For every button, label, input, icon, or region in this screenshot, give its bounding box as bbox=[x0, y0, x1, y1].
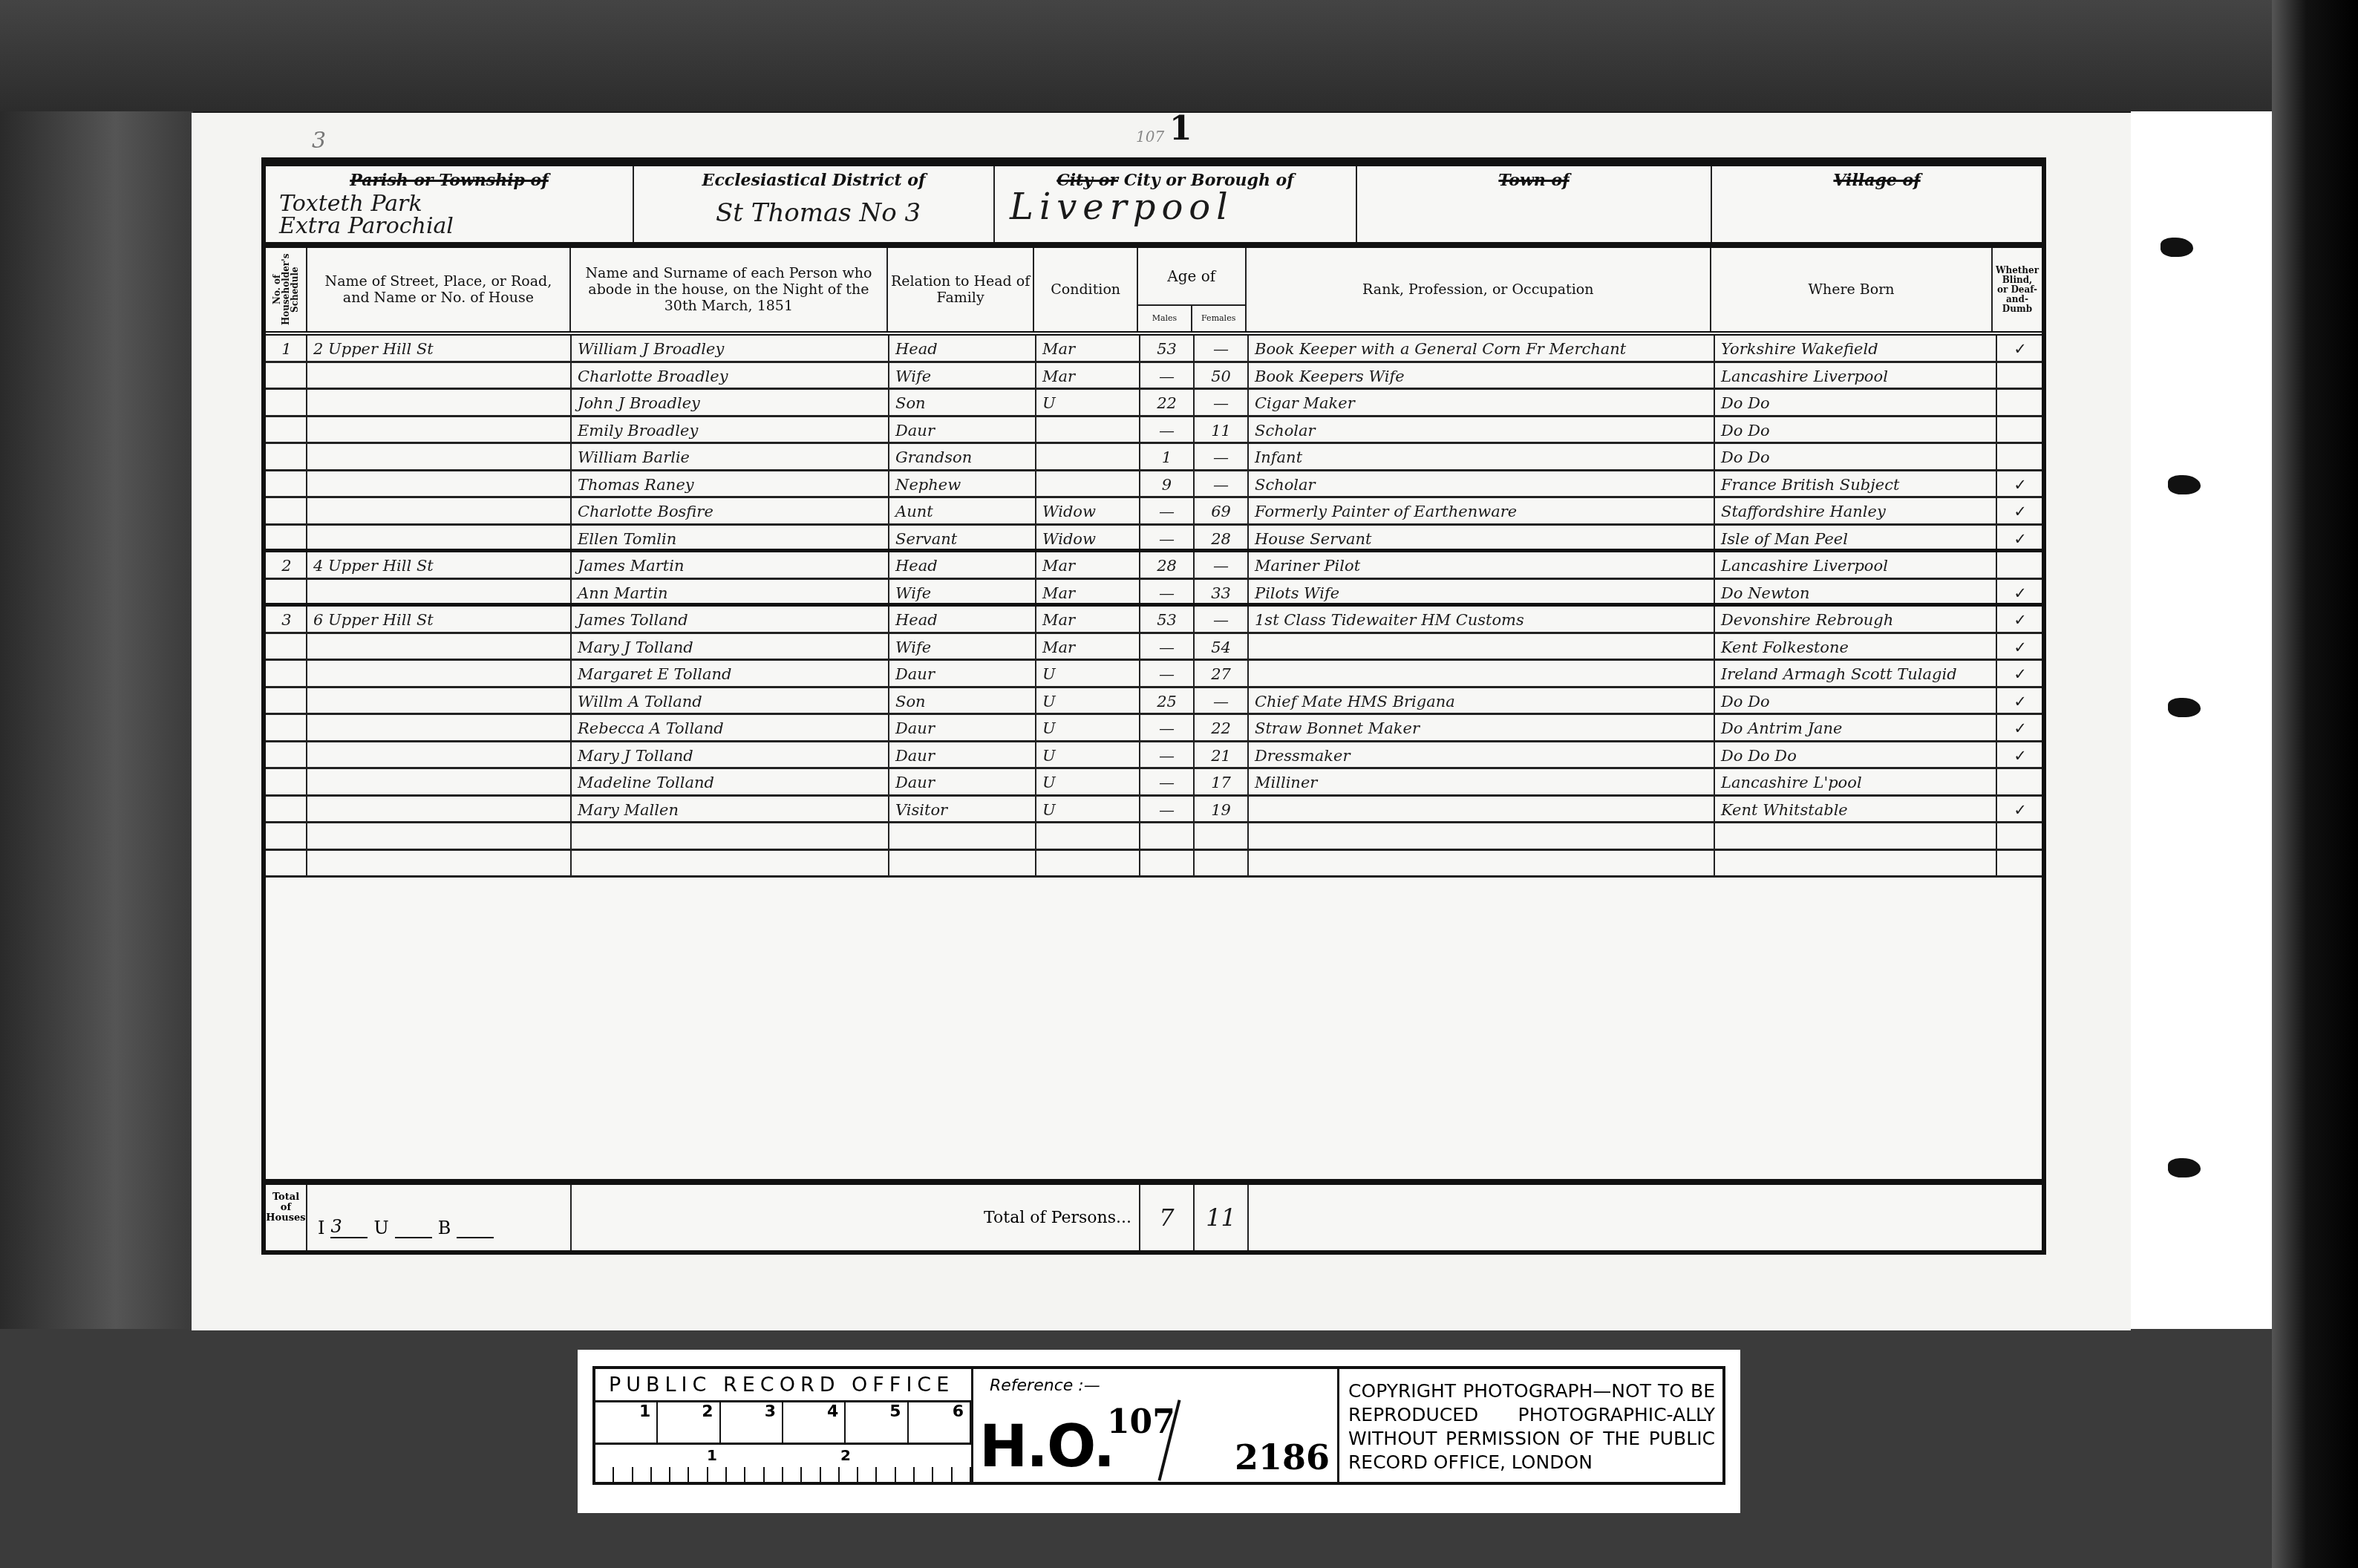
birthplace-cell: Lancashire Liverpool bbox=[1715, 552, 1997, 578]
male-age-cell: — bbox=[1140, 417, 1195, 442]
condition-cell bbox=[1036, 444, 1140, 469]
relation-cell: Nephew bbox=[889, 471, 1036, 497]
parish-field: Parish or Township of Toxteth Park Extra… bbox=[266, 166, 634, 242]
birthplace-cell: Do Antrim Jane bbox=[1715, 715, 1997, 740]
condition-cell: Mar bbox=[1036, 634, 1140, 659]
schedule-cell bbox=[266, 715, 307, 740]
location-header: Parish or Township of Toxteth Park Extra… bbox=[266, 166, 2042, 248]
census-row: Mary MallenVisitorU—19Kent Whitstable✓ bbox=[266, 797, 2042, 824]
totals-row: Total of Houses I 3 U B Total of Persons… bbox=[266, 1179, 2042, 1250]
blind-deaf-cell bbox=[1997, 363, 2042, 388]
blind-deaf-cell bbox=[1997, 769, 2042, 794]
uninhabited-prefix: U bbox=[373, 1218, 388, 1238]
census-row: Thomas RaneyNephew9—ScholarFrance Britis… bbox=[266, 471, 2042, 499]
schedule-cell bbox=[266, 444, 307, 469]
ruler-tick bbox=[689, 1467, 708, 1482]
census-row: Emily BroadleyDaur—11ScholarDo Do bbox=[266, 417, 2042, 445]
female-age-cell: 19 bbox=[1195, 797, 1249, 822]
ruler-tick bbox=[745, 1467, 764, 1482]
male-age-cell: — bbox=[1140, 715, 1195, 740]
census-row: Willm A TollandSonU25—Chief Mate HMS Bri… bbox=[266, 688, 2042, 716]
ruler-tick bbox=[915, 1467, 933, 1482]
corner-mark: 3 bbox=[312, 128, 326, 154]
occupation-cell bbox=[1249, 823, 1715, 849]
schedule-cell bbox=[266, 797, 307, 822]
census-row: 24 Upper Hill StJames MartinHeadMar28—Ma… bbox=[266, 552, 2042, 580]
ruler-tick bbox=[821, 1467, 840, 1482]
condition-cell: Widow bbox=[1036, 498, 1140, 523]
birthplace-cell: Lancashire Liverpool bbox=[1715, 363, 1997, 388]
ruler-tick bbox=[633, 1467, 652, 1482]
name-cell: William Barlie bbox=[572, 444, 889, 469]
name-cell: Emily Broadley bbox=[572, 417, 889, 442]
binding-strip bbox=[2131, 111, 2272, 1329]
female-age-cell: 33 bbox=[1195, 580, 1249, 604]
schedule-cell bbox=[266, 769, 307, 794]
census-row: Mary J TollandDaurU—21DressmakerDo Do Do… bbox=[266, 742, 2042, 770]
name-cell: Ellen Tomlin bbox=[572, 526, 889, 549]
street-cell bbox=[307, 797, 572, 822]
name-cell: James Martin bbox=[572, 552, 889, 578]
relation-cell: Daur bbox=[889, 742, 1036, 768]
relation-cell bbox=[889, 851, 1036, 876]
houses-total-label: Total of Houses bbox=[266, 1185, 307, 1250]
col-schedule: No. of Householder's Schedule bbox=[266, 248, 307, 331]
street-cell bbox=[307, 444, 572, 469]
census-rows: 12 Upper Hill StWilliam J BroadleyHeadMa… bbox=[266, 336, 2042, 878]
relation-cell: Wife bbox=[889, 580, 1036, 604]
reference-box: Reference :— H.O. 107 2186 bbox=[973, 1369, 1339, 1482]
birthplace-cell: Isle of Man Peel bbox=[1715, 526, 1997, 549]
occupation-cell bbox=[1249, 661, 1715, 686]
male-age-cell: 22 bbox=[1140, 390, 1195, 415]
parish-label: Parish or Township of bbox=[266, 171, 633, 190]
schedule-cell bbox=[266, 390, 307, 415]
record-office-ruler: PUBLIC RECORD OFFICE 123456 1 2 bbox=[595, 1369, 973, 1482]
male-age-cell: — bbox=[1140, 634, 1195, 659]
male-age-cell: 53 bbox=[1140, 607, 1195, 632]
ruler-tick bbox=[953, 1467, 971, 1482]
occupation-cell: Milliner bbox=[1249, 769, 1715, 794]
ruler-tick bbox=[896, 1467, 915, 1482]
col-condition: Condition bbox=[1034, 248, 1138, 331]
female-age-cell: — bbox=[1195, 552, 1249, 578]
occupation-cell: Formerly Painter of Earthenware bbox=[1249, 498, 1715, 523]
village-label: Village of bbox=[1712, 171, 2042, 190]
occupation-cell: Scholar bbox=[1249, 417, 1715, 442]
condition-cell: Mar bbox=[1036, 336, 1140, 361]
condition-cell: Mar bbox=[1036, 607, 1140, 632]
birthplace-cell: Do Do bbox=[1715, 390, 1997, 415]
ruler-inch-mark: 6 bbox=[909, 1402, 971, 1443]
street-cell bbox=[307, 688, 572, 713]
occupation-cell bbox=[1249, 797, 1715, 822]
col-age: Age of Males Females bbox=[1138, 248, 1247, 331]
punch-hole-icon bbox=[2168, 698, 2201, 717]
reference-class-number: 107 bbox=[1107, 1403, 1175, 1441]
schedule-cell bbox=[266, 688, 307, 713]
blind-deaf-cell: ✓ bbox=[1997, 580, 2042, 604]
female-age-cell bbox=[1195, 823, 1249, 849]
male-age-cell bbox=[1140, 851, 1195, 876]
parish-value: Toxteth Park Extra Parochial bbox=[279, 193, 625, 238]
ruler-tick bbox=[783, 1467, 802, 1482]
ruler-tick bbox=[708, 1467, 727, 1482]
town-label: Town of bbox=[1357, 171, 1711, 190]
ecclesiastical-value: St Thomas No 3 bbox=[716, 202, 986, 224]
census-row bbox=[266, 823, 2042, 851]
name-cell: Thomas Raney bbox=[572, 471, 889, 497]
record-office-title: PUBLIC RECORD OFFICE bbox=[595, 1369, 971, 1402]
schedule-cell bbox=[266, 823, 307, 849]
reference-class-code: H.O. bbox=[979, 1414, 1114, 1480]
ruler-inch-mark: 2 bbox=[658, 1402, 720, 1443]
column-headers: No. of Householder's Schedule Name of St… bbox=[266, 248, 2042, 336]
street-cell bbox=[307, 526, 572, 549]
birthplace-cell: Yorkshire Wakefield bbox=[1715, 336, 1997, 361]
birthplace-cell: France British Subject bbox=[1715, 471, 1997, 497]
houses-total: I 3 U B bbox=[307, 1185, 572, 1250]
census-row: Charlotte BroadleyWifeMar—50Book Keepers… bbox=[266, 363, 2042, 391]
census-row: Ellen TomlinServantWidow—28House Servant… bbox=[266, 526, 2042, 553]
ruler-inch-mark: 3 bbox=[721, 1402, 783, 1443]
street-cell bbox=[307, 417, 572, 442]
schedule-cell bbox=[266, 634, 307, 659]
female-age-cell: — bbox=[1195, 336, 1249, 361]
ruler-inch-mark: 1 bbox=[595, 1402, 658, 1443]
census-row: Margaret E TollandDaurU—27Ireland Armagh… bbox=[266, 661, 2042, 688]
male-age-cell: — bbox=[1140, 742, 1195, 768]
blind-deaf-cell bbox=[1997, 444, 2042, 469]
condition-cell bbox=[1036, 417, 1140, 442]
town-field: Town of bbox=[1357, 166, 1712, 242]
ruler-cm-2: 2 bbox=[840, 1446, 851, 1464]
birthplace-cell: Ireland Armagh Scott Tulagid bbox=[1715, 661, 1997, 686]
condition-cell bbox=[1036, 851, 1140, 876]
occupation-cell: 1st Class Tidewaiter HM Customs bbox=[1249, 607, 1715, 632]
reference-label: Reference :— bbox=[990, 1376, 1100, 1395]
condition-cell bbox=[1036, 823, 1140, 849]
blind-deaf-cell bbox=[1997, 417, 2042, 442]
page-number: 1 bbox=[1169, 110, 1192, 148]
col-born: Where Born bbox=[1711, 248, 1993, 331]
census-row bbox=[266, 851, 2042, 878]
relation-cell: Wife bbox=[889, 634, 1036, 659]
col-schedule-label: No. of Householder's Schedule bbox=[272, 251, 299, 328]
occupation-cell: Chief Mate HMS Brigana bbox=[1249, 688, 1715, 713]
ruler-tick bbox=[595, 1467, 614, 1482]
folio-mark: 107 bbox=[1136, 128, 1164, 146]
relation-cell: Daur bbox=[889, 661, 1036, 686]
female-age-cell: 54 bbox=[1195, 634, 1249, 659]
female-age-cell: 27 bbox=[1195, 661, 1249, 686]
male-age-cell: — bbox=[1140, 498, 1195, 523]
relation-cell bbox=[889, 823, 1036, 849]
occupation-cell: Cigar Maker bbox=[1249, 390, 1715, 415]
name-cell: James Tolland bbox=[572, 607, 889, 632]
inhabited-count: 3 bbox=[330, 1216, 368, 1238]
male-age-cell: — bbox=[1140, 769, 1195, 794]
name-cell: John J Broadley bbox=[572, 390, 889, 415]
street-cell bbox=[307, 498, 572, 523]
name-cell: William J Broadley bbox=[572, 336, 889, 361]
occupation-cell: House Servant bbox=[1249, 526, 1715, 549]
birthplace-cell: Do Do bbox=[1715, 444, 1997, 469]
census-row: 36 Upper Hill StJames TollandHeadMar53—1… bbox=[266, 607, 2042, 634]
blind-deaf-cell bbox=[1997, 851, 2042, 876]
female-age-cell: 22 bbox=[1195, 715, 1249, 740]
schedule-cell: 1 bbox=[266, 336, 307, 361]
relation-cell: Head bbox=[889, 607, 1036, 632]
male-age-cell: 9 bbox=[1140, 471, 1195, 497]
male-age-cell: — bbox=[1140, 797, 1195, 822]
ruler-tick bbox=[614, 1467, 633, 1482]
street-cell bbox=[307, 661, 572, 686]
condition-cell: U bbox=[1036, 797, 1140, 822]
occupation-cell: Pilots Wife bbox=[1249, 580, 1715, 604]
female-age-cell: 50 bbox=[1195, 363, 1249, 388]
schedule-cell bbox=[266, 580, 307, 604]
street-cell bbox=[307, 580, 572, 604]
name-cell: Mary J Tolland bbox=[572, 742, 889, 768]
female-age-cell: — bbox=[1195, 444, 1249, 469]
male-age-cell: — bbox=[1140, 580, 1195, 604]
birthplace-cell: Do Do bbox=[1715, 417, 1997, 442]
condition-cell: U bbox=[1036, 688, 1140, 713]
census-row: John J BroadleySonU22—Cigar MakerDo Do bbox=[266, 390, 2042, 417]
street-cell bbox=[307, 363, 572, 388]
census-row: Charlotte BosfireAuntWidow—69Formerly Pa… bbox=[266, 498, 2042, 526]
houses-total-label-text: Total of Houses bbox=[266, 1185, 306, 1224]
census-row: 12 Upper Hill StWilliam J BroadleyHeadMa… bbox=[266, 336, 2042, 363]
blind-deaf-cell: ✓ bbox=[1997, 688, 2042, 713]
birthplace-cell: Devonshire Rebrough bbox=[1715, 607, 1997, 632]
name-cell: Charlotte Bosfire bbox=[572, 498, 889, 523]
reference-piece: 2186 bbox=[1235, 1437, 1330, 1477]
street-cell bbox=[307, 851, 572, 876]
relation-cell: Visitor bbox=[889, 797, 1036, 822]
male-age-cell: 25 bbox=[1140, 688, 1195, 713]
col-females: Females bbox=[1192, 306, 1245, 331]
relation-cell: Son bbox=[889, 688, 1036, 713]
ruler-tick bbox=[652, 1467, 670, 1482]
birthplace-cell: Kent Whitstable bbox=[1715, 797, 1997, 822]
ecclesiastical-field: Ecclesiastical District of St Thomas No … bbox=[634, 166, 995, 242]
ruler-tick bbox=[858, 1467, 877, 1482]
age-label: Age of bbox=[1138, 248, 1245, 306]
male-age-cell: — bbox=[1140, 526, 1195, 549]
houses-counts: I 3 U B bbox=[307, 1185, 570, 1250]
street-cell bbox=[307, 390, 572, 415]
ecclesiastical-label: Ecclesiastical District of bbox=[634, 171, 993, 190]
street-cell bbox=[307, 769, 572, 794]
uninhabited-count bbox=[395, 1237, 432, 1238]
ruler-tick bbox=[670, 1467, 689, 1482]
schedule-cell: 3 bbox=[266, 607, 307, 632]
census-row: William BarlieGrandson1—InfantDo Do bbox=[266, 444, 2042, 471]
blind-deaf-cell: ✓ bbox=[1997, 498, 2042, 523]
inhabited-prefix: I bbox=[318, 1218, 324, 1238]
name-cell: Madeline Tolland bbox=[572, 769, 889, 794]
blind-deaf-cell: ✓ bbox=[1997, 715, 2042, 740]
blind-deaf-cell: ✓ bbox=[1997, 661, 2042, 686]
census-row: Rebecca A TollandDaurU—22Straw Bonnet Ma… bbox=[266, 715, 2042, 742]
totals-blank bbox=[1249, 1185, 2042, 1250]
col-relation: Relation to Head of Family bbox=[888, 248, 1035, 331]
age-split: Age of Males Females bbox=[1138, 248, 1245, 331]
punch-hole-icon bbox=[2168, 1158, 2201, 1177]
relation-cell: Son bbox=[889, 390, 1036, 415]
condition-cell: U bbox=[1036, 742, 1140, 768]
ruler-tick bbox=[840, 1467, 858, 1482]
blind-deaf-cell: ✓ bbox=[1997, 797, 2042, 822]
occupation-cell bbox=[1249, 851, 1715, 876]
relation-cell: Daur bbox=[889, 715, 1036, 740]
col-name: Name and Surname of each Person who abod… bbox=[571, 248, 888, 331]
schedule-cell bbox=[266, 851, 307, 876]
males-total-value: 7 bbox=[1140, 1185, 1193, 1250]
female-age-cell: 11 bbox=[1195, 417, 1249, 442]
street-cell: 4 Upper Hill St bbox=[307, 552, 572, 578]
occupation-cell: Straw Bonnet Maker bbox=[1249, 715, 1715, 740]
schedule-cell bbox=[266, 742, 307, 768]
census-form: Parish or Township of Toxteth Park Extra… bbox=[261, 157, 2046, 1255]
schedule-cell bbox=[266, 363, 307, 388]
male-age-cell bbox=[1140, 823, 1195, 849]
female-age-cell: — bbox=[1195, 390, 1249, 415]
condition-cell: U bbox=[1036, 715, 1140, 740]
relation-cell: Daur bbox=[889, 417, 1036, 442]
building-count bbox=[457, 1237, 494, 1238]
col-street: Name of Street, Place, or Road, and Name… bbox=[307, 248, 571, 331]
birthplace-cell: Do Newton bbox=[1715, 580, 1997, 604]
condition-cell: Mar bbox=[1036, 580, 1140, 604]
male-age-cell: 53 bbox=[1140, 336, 1195, 361]
name-cell: Ann Martin bbox=[572, 580, 889, 604]
schedule-cell bbox=[266, 417, 307, 442]
persons-total-label-text: Total of Persons... bbox=[572, 1185, 1139, 1250]
blind-deaf-cell: ✓ bbox=[1997, 471, 2042, 497]
condition-cell: Mar bbox=[1036, 363, 1140, 388]
scan-background-right bbox=[2272, 0, 2358, 1568]
ruler-tick bbox=[727, 1467, 745, 1482]
relation-cell: Grandson bbox=[889, 444, 1036, 469]
col-blind: Whether Blind, or Deaf-and-Dumb bbox=[1993, 248, 2042, 331]
archive-label-frame: PUBLIC RECORD OFFICE 123456 1 2 Referenc… bbox=[592, 1366, 1725, 1485]
punch-hole-icon bbox=[2161, 238, 2193, 257]
census-row: Madeline TollandDaurU—17MillinerLancashi… bbox=[266, 769, 2042, 797]
birthplace-cell: Kent Folkestone bbox=[1715, 634, 1997, 659]
occupation-cell: Infant bbox=[1249, 444, 1715, 469]
male-age-cell: — bbox=[1140, 661, 1195, 686]
female-age-cell: — bbox=[1195, 607, 1249, 632]
occupation-cell: Mariner Pilot bbox=[1249, 552, 1715, 578]
schedule-cell bbox=[266, 471, 307, 497]
ruler-inch-mark: 4 bbox=[783, 1402, 846, 1443]
female-age-cell: 28 bbox=[1195, 526, 1249, 549]
blind-deaf-cell: ✓ bbox=[1997, 336, 2042, 361]
condition-cell: Widow bbox=[1036, 526, 1140, 549]
borough-value: Liverpool bbox=[1010, 196, 1348, 218]
occupation-cell: Scholar bbox=[1249, 471, 1715, 497]
name-cell: Mary J Tolland bbox=[572, 634, 889, 659]
age-subheaders: Males Females bbox=[1138, 306, 1245, 331]
ruler-tick bbox=[802, 1467, 820, 1482]
ruler-inch-mark: 5 bbox=[846, 1402, 908, 1443]
ruler-fine: 1 2 bbox=[595, 1445, 971, 1482]
ruler-tick bbox=[933, 1467, 952, 1482]
blind-deaf-cell: ✓ bbox=[1997, 742, 2042, 768]
parish-value-line1: Toxteth Park bbox=[279, 193, 625, 215]
blind-deaf-cell bbox=[1997, 823, 2042, 849]
ruler-tick bbox=[765, 1467, 783, 1482]
name-cell bbox=[572, 823, 889, 849]
village-field: Village of bbox=[1712, 166, 2042, 242]
street-cell: 6 Upper Hill St bbox=[307, 607, 572, 632]
relation-cell: Aunt bbox=[889, 498, 1036, 523]
males-total: 7 bbox=[1140, 1185, 1195, 1250]
condition-cell: U bbox=[1036, 661, 1140, 686]
condition-cell: U bbox=[1036, 769, 1140, 794]
blind-deaf-cell: ✓ bbox=[1997, 607, 2042, 632]
street-cell bbox=[307, 471, 572, 497]
occupation-cell bbox=[1249, 634, 1715, 659]
street-cell bbox=[307, 823, 572, 849]
relation-cell: Wife bbox=[889, 363, 1036, 388]
blind-deaf-cell bbox=[1997, 552, 2042, 578]
relation-cell: Servant bbox=[889, 526, 1036, 549]
parish-value-line2: Extra Parochial bbox=[279, 215, 625, 238]
occupation-cell: Book Keeper with a General Corn Fr Merch… bbox=[1249, 336, 1715, 361]
condition-cell: U bbox=[1036, 390, 1140, 415]
borough-field: City or City or Borough of Liverpool bbox=[995, 166, 1357, 242]
birthplace-cell: Staffordshire Hanley bbox=[1715, 498, 1997, 523]
census-row: Ann MartinWifeMar—33Pilots WifeDo Newton… bbox=[266, 580, 2042, 607]
female-age-cell: 69 bbox=[1195, 498, 1249, 523]
blind-deaf-cell: ✓ bbox=[1997, 634, 2042, 659]
relation-cell: Daur bbox=[889, 769, 1036, 794]
name-cell: Mary Mallen bbox=[572, 797, 889, 822]
male-age-cell: — bbox=[1140, 363, 1195, 388]
name-cell: Willm A Tolland bbox=[572, 688, 889, 713]
archive-label: PUBLIC RECORD OFFICE 123456 1 2 Referenc… bbox=[578, 1350, 1740, 1513]
condition-cell: Mar bbox=[1036, 552, 1140, 578]
birthplace-cell bbox=[1715, 851, 1997, 876]
street-cell bbox=[307, 715, 572, 740]
punch-hole-icon bbox=[2168, 475, 2201, 494]
street-cell bbox=[307, 742, 572, 768]
occupation-cell: Dressmaker bbox=[1249, 742, 1715, 768]
female-age-cell: — bbox=[1195, 471, 1249, 497]
relation-cell: Head bbox=[889, 336, 1036, 361]
ruler-cm-1: 1 bbox=[707, 1446, 717, 1464]
birthplace-cell: Do Do Do bbox=[1715, 742, 1997, 768]
building-prefix: B bbox=[438, 1218, 451, 1238]
female-age-cell: 17 bbox=[1195, 769, 1249, 794]
female-age-cell bbox=[1195, 851, 1249, 876]
street-cell bbox=[307, 634, 572, 659]
ruler-tick bbox=[877, 1467, 895, 1482]
col-occupation: Rank, Profession, or Occupation bbox=[1247, 248, 1711, 331]
schedule-cell: 2 bbox=[266, 552, 307, 578]
schedule-cell bbox=[266, 661, 307, 686]
street-cell: 2 Upper Hill St bbox=[307, 336, 572, 361]
birthplace-cell bbox=[1715, 823, 1997, 849]
name-cell bbox=[572, 851, 889, 876]
copyright-notice: COPYRIGHT PHOTOGRAPH—NOT TO BE REPRODUCE… bbox=[1339, 1369, 1722, 1482]
condition-cell bbox=[1036, 471, 1140, 497]
schedule-cell bbox=[266, 526, 307, 549]
